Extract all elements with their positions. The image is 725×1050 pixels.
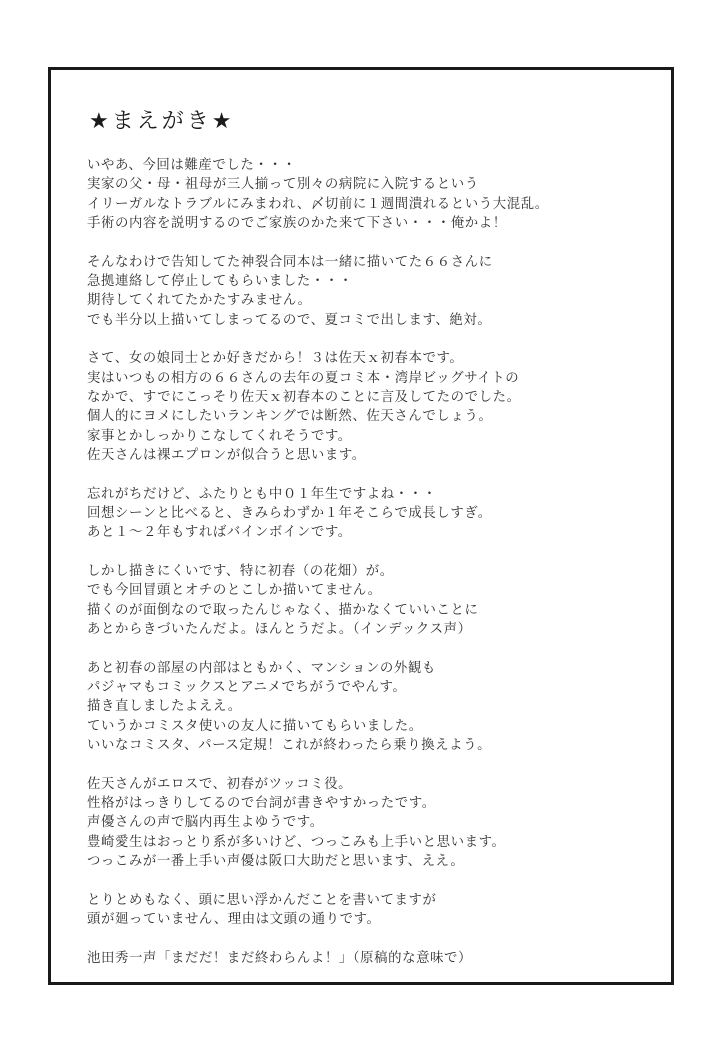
text-line: でも今回冒頭とオチのとこしか描いてません。 [87, 581, 657, 600]
text-line: あと１～２年もすればバインボインです。 [87, 523, 657, 542]
text-line: 描くのが面倒なので取ったんじゃなく、描かなくていいことに [87, 601, 657, 620]
text-line: 頭が廻っていません、理由は文頭の通りです。 [87, 910, 657, 929]
text-line: 豊崎愛生はおっとり系が多いけど、つっこみも上手いと思います。 [87, 833, 657, 852]
text-line: 期待してくれてたかたすみません。 [87, 291, 657, 310]
text-line: そんなわけで告知してた神裂合同本は一緒に描いてた６６さんに [87, 253, 657, 272]
text-line: 佐天さんがエロスで、初春がツッコミ役。 [87, 775, 657, 794]
paragraph: いやあ、今回は難産でした・・・ 実家の父・母・祖母が三人揃って別々の病院に入院す… [87, 156, 657, 233]
text-line: 佐天さんは裸エプロンが似合うと思います。 [87, 446, 657, 465]
text-line: あと初春の部屋の内部はともかく、マンションの外観も [87, 659, 657, 678]
text-line: 描き直しましたよええ。 [87, 697, 657, 716]
text-line: 回想シーンと比べると、きみらわずか１年そこらで成長しすぎ。 [87, 504, 657, 523]
text-line: 実はいつもの相方の６６さんの去年の夏コミ本・湾岸ビッグサイトの [87, 369, 657, 388]
text-line: 手術の内容を説明するのでご家族のかた来て下さい・・・俺かよ！ [87, 214, 657, 233]
text-line: 池田秀一声「まだだ！まだ終わらんよ！」（原稿的な意味で） [87, 949, 657, 968]
document-body: いやあ、今回は難産でした・・・ 実家の父・母・祖母が三人揃って別々の病院に入院す… [87, 156, 657, 988]
text-line: イリーガルなトラブルにみまわれ、〆切前に１週間潰れるという大混乱。 [87, 195, 657, 214]
text-line: 急拠連絡して停止してもらいました・・・ [87, 272, 657, 291]
text-line: あとからきづいたんだよ。ほんとうだよ。（インデックス声） [87, 620, 657, 639]
text-line: でも半分以上描いてしまってるので、夏コミで出します、絶対。 [87, 311, 657, 330]
paragraph: あと初春の部屋の内部はともかく、マンションの外観も パジャマもコミックスとアニメ… [87, 659, 657, 755]
text-line: 家事とかしっかりこなしてくれそうです。 [87, 427, 657, 446]
text-line: さて、女の娘同士とか好きだから！３は佐天ｘ初春本です。 [87, 349, 657, 368]
text-line: なかで、すでにこっそり佐天ｘ初春本のことに言及してたのでした。 [87, 388, 657, 407]
text-line: 忘れがちだけど、ふたりとも中０１年生ですよね・・・ [87, 485, 657, 504]
text-line: 声優さんの声で脳内再生よゆうです。 [87, 813, 657, 832]
text-line: 個人的にヨメにしたいランキングでは断然、佐天さんでしょう。 [87, 407, 657, 426]
paragraph: 池田秀一声「まだだ！まだ終わらんよ！」（原稿的な意味で） [87, 949, 657, 968]
page-title: ★まえがき★ [89, 104, 234, 135]
text-line: しかし描きにくいです、特に初春（の花畑）が。 [87, 562, 657, 581]
paragraph: 忘れがちだけど、ふたりとも中０１年生ですよね・・・ 回想シーンと比べると、きみら… [87, 485, 657, 543]
page-frame: ★まえがき★ いやあ、今回は難産でした・・・ 実家の父・母・祖母が三人揃って別々… [48, 67, 674, 985]
paragraph: しかし描きにくいです、特に初春（の花畑）が。 でも今回冒頭とオチのとこしか描いて… [87, 562, 657, 639]
text-line: とりとめもなく、頭に思い浮かんだことを書いてますが [87, 891, 657, 910]
text-line: 実家の父・母・祖母が三人揃って別々の病院に入院するという [87, 175, 657, 194]
text-line: 性格がはっきりしてるので台詞が書きやすかったです。 [87, 794, 657, 813]
paragraph: そんなわけで告知してた神裂合同本は一緒に描いてた６６さんに 急拠連絡して停止して… [87, 253, 657, 330]
paragraph: 佐天さんがエロスで、初春がツッコミ役。 性格がはっきりしてるので台詞が書きやすか… [87, 775, 657, 871]
text-line: つっこみが一番上手い声優は阪口大助だと思います、ええ。 [87, 852, 657, 871]
text-line: いやあ、今回は難産でした・・・ [87, 156, 657, 175]
paragraph: さて、女の娘同士とか好きだから！３は佐天ｘ初春本です。 実はいつもの相方の６６さ… [87, 349, 657, 465]
text-line: いいなコミスタ、パース定規！これが終わったら乗り換えよう。 [87, 736, 657, 755]
paragraph: とりとめもなく、頭に思い浮かんだことを書いてますが 頭が廻っていません、理由は文… [87, 891, 657, 930]
text-line: ていうかコミスタ使いの友人に描いてもらいました。 [87, 717, 657, 736]
text-line: パジャマもコミックスとアニメでちがうでやんす。 [87, 678, 657, 697]
